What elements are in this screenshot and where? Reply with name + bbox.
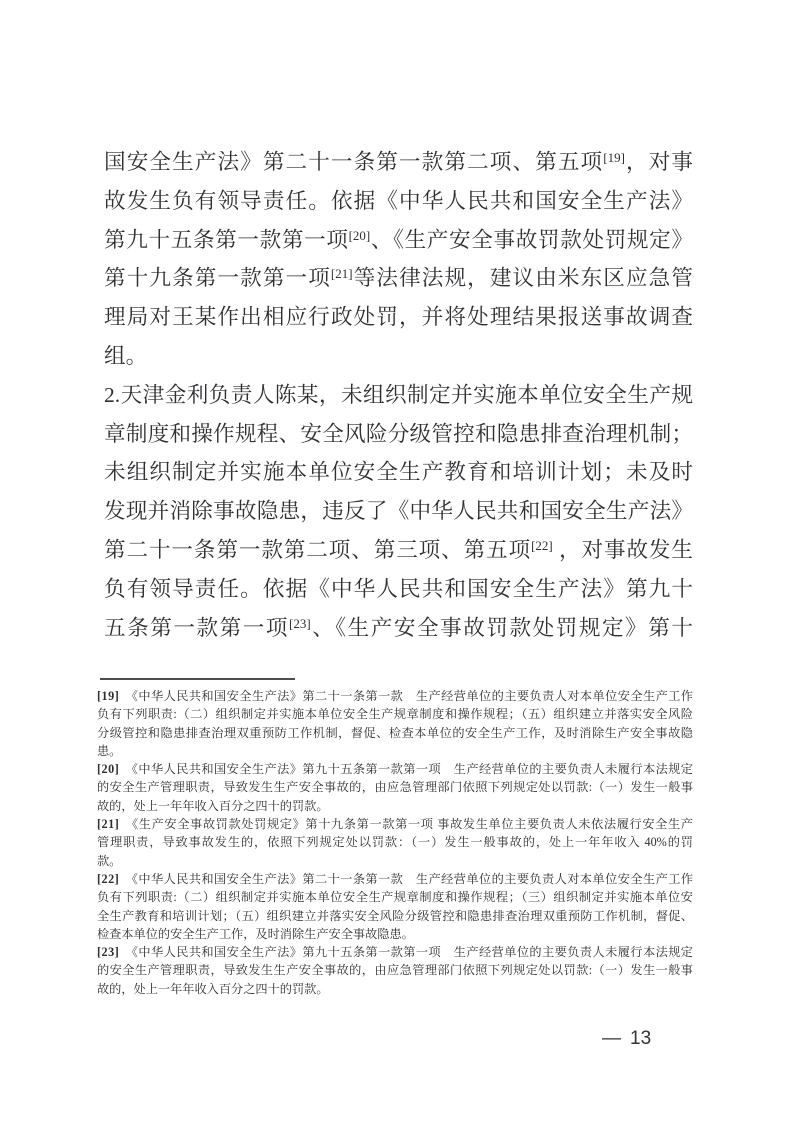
footnote-line: [19]《中华人民共和国安全生产法》第二十一条第一款 生产经营单位的主要负责人对… bbox=[97, 687, 693, 705]
footnote-reference: [23] bbox=[289, 616, 311, 631]
body-line: 未组织制定并实施本单位安全生产教育和培训计划；未及时 bbox=[104, 453, 693, 492]
document-page: 国安全生产法》第二十一条第一款第二项、第五项[19]，对事故发生负有领导责任。依… bbox=[0, 0, 793, 1122]
footnote-line: 故的，处上一年年收入百分之四十的罚款。 bbox=[97, 980, 693, 998]
footnote-marker: [22] bbox=[97, 872, 119, 886]
footnote-line: 故的，处上一年年收入百分之四十的罚款。 bbox=[97, 797, 693, 815]
page-number-value: 13 bbox=[630, 1028, 651, 1050]
body-line: 理局对王某作出相应行政处罚，并将处理结果报送事故调查 bbox=[104, 298, 693, 337]
body-line: 组。 bbox=[104, 337, 693, 376]
footnote-separator bbox=[100, 678, 295, 680]
footnote-line: 负有下列职责:（二）组织制定并实施本单位安全生产规章制度和操作规程；（三）组织制… bbox=[97, 888, 693, 906]
footnote-marker: [19] bbox=[97, 689, 119, 703]
body-line: 第十九条第一款第一项[21]等法律法规，建议由米东区应急管 bbox=[104, 259, 693, 298]
body-line: 故发生负有领导责任。依据《中华人民共和国安全生产法》 bbox=[104, 182, 693, 221]
footnote-line: 全生产教育和培训计划；（五）组织建立并落实安全风险分级管控和隐患排查治理双重预防… bbox=[97, 907, 693, 925]
body-line: 第九十五条第一款第一项[20]、《生产安全事故罚款处罚规定》 bbox=[104, 221, 693, 260]
footnote-reference: [19] bbox=[603, 150, 625, 165]
footnote-reference: [20] bbox=[349, 228, 371, 243]
footnote-line: 检查本单位的安全生产工作，及时消除生产安全事故隐患。 bbox=[97, 925, 693, 943]
footnote-line: [20]《中华人民共和国安全生产法》第九十五条第一款第一项 生产经营单位的主要负… bbox=[97, 760, 693, 778]
body-line: 第二十一条第一款第二项、第三项、第五项[22] ，对事故发生 bbox=[104, 531, 693, 570]
footnote-marker: [20] bbox=[97, 762, 119, 776]
footnote-line: 管理职责，导致事故发生的，依照下列规定处以罚款：（一）发生一般事故的，处上一年年… bbox=[97, 833, 693, 851]
body-line: 章制度和操作规程、安全风险分级管控和隐患排查治理机制； bbox=[104, 415, 693, 454]
body-line: 国安全生产法》第二十一条第一款第二项、第五项[19]，对事 bbox=[104, 143, 693, 182]
page-number: — 13 bbox=[602, 1028, 651, 1050]
body-text-block: 国安全生产法》第二十一条第一款第二项、第五项[19]，对事故发生负有领导责任。依… bbox=[104, 143, 693, 647]
footnote-line: 的安全生产管理职责，导致发生生产安全事故的，由应急管理部门依照下列规定处以罚款:… bbox=[97, 778, 693, 796]
body-line: 负有领导责任。依据《中华人民共和国安全生产法》第九十 bbox=[104, 570, 693, 609]
footnote-marker: [21] bbox=[97, 817, 119, 831]
footnote-reference: [21] bbox=[331, 266, 353, 281]
footnote-marker: [23] bbox=[97, 945, 119, 959]
footnote-reference: [22] bbox=[531, 538, 553, 553]
footnote-line: 分级管控和隐患排查治理双重预防工作机制，督促、检查本单位的安全生产工作，及时消除… bbox=[97, 724, 693, 742]
footnote-line: [23]《中华人民共和国安全生产法》第九十五条第一款第一项 生产经营单位的主要负… bbox=[97, 943, 693, 961]
footnote-line: 负有下列职责:（二）组织制定并实施本单位安全生产规章制度和操作规程；（五）组织建… bbox=[97, 705, 693, 723]
body-line: 2.天津金利负责人陈某，未组织制定并实施本单位安全生产规 bbox=[104, 376, 693, 415]
footnotes-block: [19]《中华人民共和国安全生产法》第二十一条第一款 生产经营单位的主要负责人对… bbox=[97, 687, 693, 998]
footnote-line: [22]《中华人民共和国安全生产法》第二十一条第一款 生产经营单位的主要负责人对… bbox=[97, 870, 693, 888]
body-line: 发现并消除事故隐患，违反了《中华人民共和国安全生产法》 bbox=[104, 492, 693, 531]
footnote-line: [21]《生产安全事故罚款处罚规定》第十九条第一款第一项 事故发生单位主要负责人… bbox=[97, 815, 693, 833]
footnote-line: 患。 bbox=[97, 742, 693, 760]
body-line: 五条第一款第一项[23]、《生产安全事故罚款处罚规定》第十 bbox=[104, 609, 693, 648]
footnote-line: 款。 bbox=[97, 852, 693, 870]
footnote-line: 的安全生产管理职责，导致发生生产安全事故的，由应急管理部门依照下列规定处以罚款:… bbox=[97, 961, 693, 979]
page-number-dash: — bbox=[602, 1028, 621, 1050]
